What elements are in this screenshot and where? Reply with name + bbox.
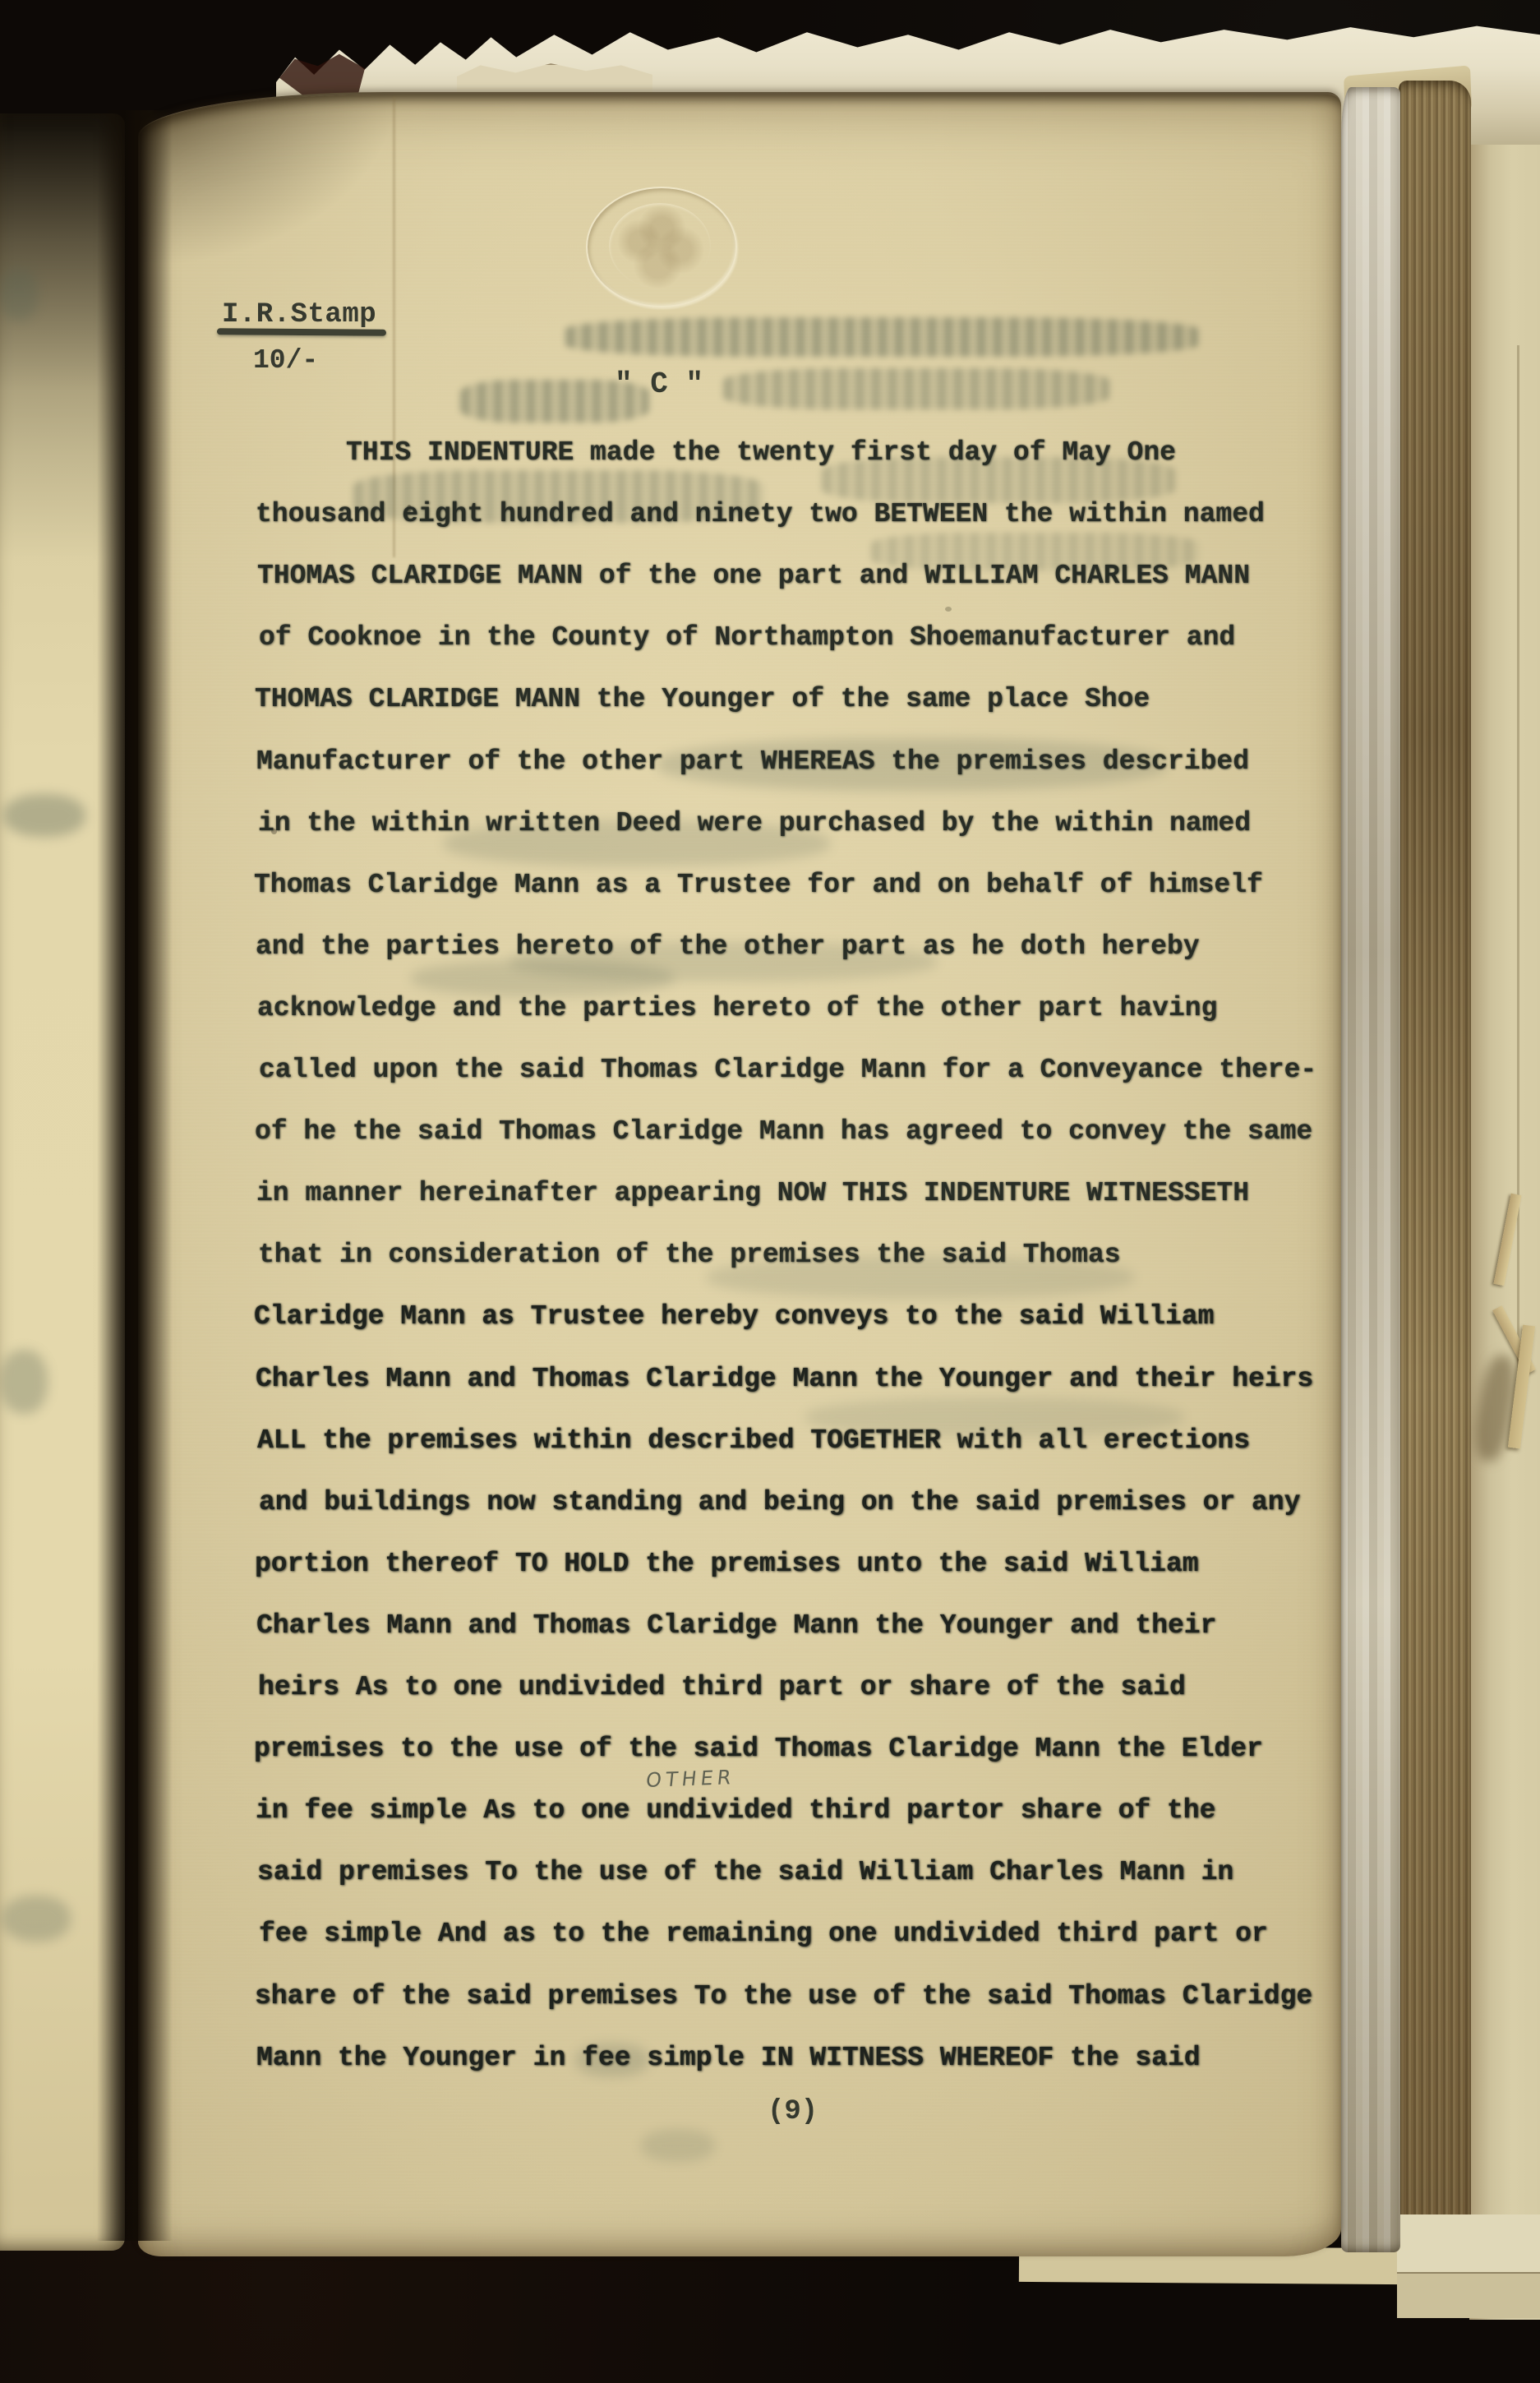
typed-line-7: in the within written Deed were purchase…	[258, 810, 1251, 837]
typed-line-25: fee simple And as to the remaining one u…	[259, 1920, 1268, 1947]
typed-line-12: of he the said Thomas Claridge Mann has …	[255, 1118, 1312, 1145]
typed-line-13: in manner hereinafter appearing NOW THIS…	[256, 1180, 1249, 1207]
ghost-smudge	[3, 794, 85, 837]
ghost-smudge	[0, 1350, 48, 1414]
typed-line-19: portion thereof TO HOLD the premises unt…	[255, 1550, 1199, 1577]
page-corner-shadow	[140, 92, 419, 281]
typed-line-23: in fee simple As to one undivided third …	[256, 1797, 1215, 1824]
ghost-smudge	[0, 268, 38, 321]
under-sheet-corner-lower	[1397, 2272, 1540, 2318]
ghost-smudge	[723, 368, 1109, 409]
ir-stamp-label: I.R.Stamp	[222, 301, 376, 329]
under-sheet-corner-upper	[1397, 2214, 1540, 2274]
ghost-smudge	[2, 1896, 71, 1942]
typed-line-5: THOMAS CLARIDGE MANN the Younger of the …	[255, 686, 1150, 713]
ir-stamp-underline	[217, 328, 386, 335]
book-gutter-shadow	[97, 110, 173, 2241]
fore-edge-page-stack	[1399, 81, 1471, 2256]
stamp-value: 10/-	[253, 347, 318, 374]
typed-line-3: THOMAS CLARIDGE MANN of the one part and…	[257, 562, 1250, 589]
paper-speck	[945, 607, 952, 612]
typed-line-10: acknowledge and the parties hereto of th…	[257, 995, 1217, 1022]
embossed-seal	[586, 187, 737, 307]
typed-line-16: Charles Mann and Thomas Claridge Mann th…	[256, 1365, 1313, 1392]
typed-line-9: and the parties hereto of the other part…	[256, 933, 1200, 960]
typed-line-17: ALL the premises within described TOGETH…	[257, 1427, 1250, 1454]
ghost-smudge	[565, 317, 1198, 357]
typed-line-20: Charles Mann and Thomas Claridge Mann th…	[256, 1612, 1216, 1639]
typed-line-27: Mann the Younger in fee simple IN WITNES…	[256, 2044, 1201, 2071]
typed-line-2: thousand eight hundred and ninety two BE…	[256, 501, 1265, 528]
ghost-smudge	[411, 960, 674, 996]
typed-line-4: of Cooknoe in the County of Northampton …	[259, 624, 1235, 651]
page-number: (9)	[768, 2098, 818, 2126]
scanned-book-photo: I.R.Stamp 10/- " C " THIS INDENTURE made…	[0, 0, 1540, 2383]
embossed-crest	[609, 203, 711, 289]
fore-edge-cloth-strip	[1341, 87, 1400, 2252]
typed-line-11: called upon the said Thomas Claridge Man…	[259, 1056, 1316, 1083]
handwritten-insertion: OTHER	[645, 1766, 736, 1792]
right-page-crease	[1517, 345, 1519, 1397]
typed-line-18: and buildings now standing and being on …	[259, 1489, 1300, 1516]
typed-line-22: premises to the use of the said Thomas C…	[254, 1735, 1263, 1762]
typed-line-15: Claridge Mann as Trustee hereby conveys …	[254, 1303, 1214, 1330]
typed-line-8: Thomas Claridge Mann as a Trustee for an…	[254, 871, 1263, 898]
typed-line-6: Manufacturer of the other part WHEREAS t…	[256, 748, 1249, 775]
ghost-smudge	[641, 2129, 715, 2162]
typed-line-24: said premises To the use of the said Wil…	[257, 1859, 1233, 1886]
typed-line-21: heirs As to one undivided third part or …	[258, 1674, 1186, 1701]
typed-line-14: that in consideration of the premises th…	[258, 1241, 1121, 1268]
typed-line-1: THIS INDENTURE made the twenty first day…	[254, 439, 1176, 466]
typed-line-26: share of the said premises To the use of…	[255, 1983, 1312, 2010]
exhibit-mark: " C "	[615, 370, 703, 399]
underlying-page-right	[1469, 69, 1540, 2320]
